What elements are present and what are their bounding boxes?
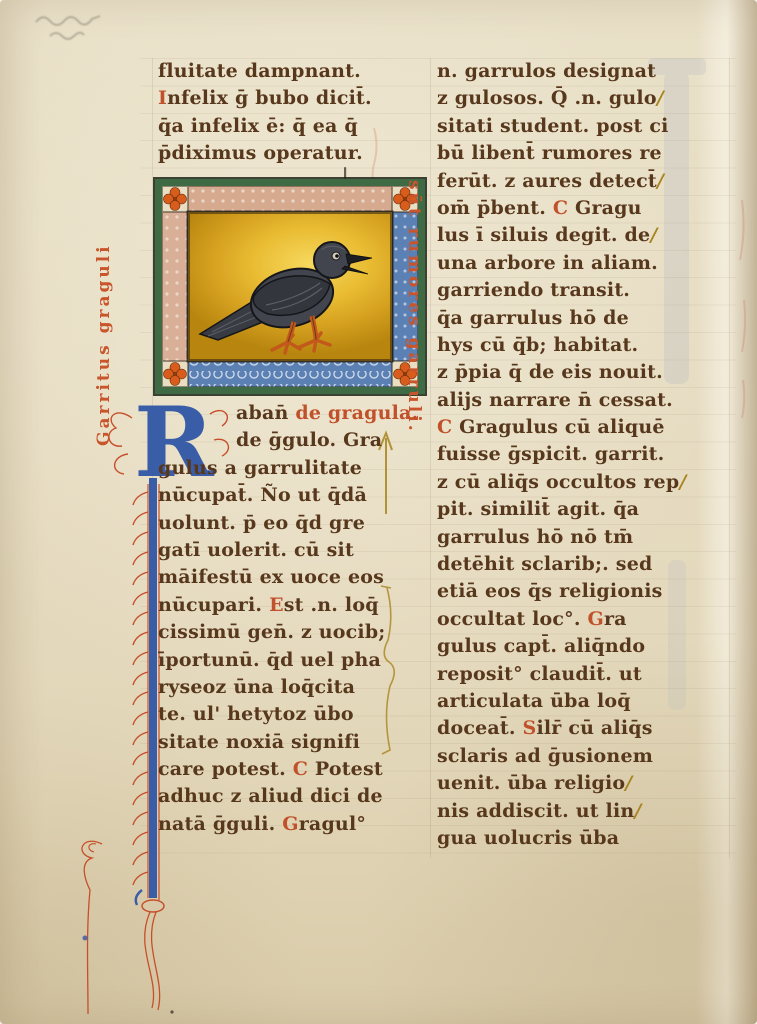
- manuscript-line: z gulosos. Q̄ .n. gulo/: [437, 87, 737, 114]
- manuscript-line: una arbore in aliam.: [437, 252, 737, 279]
- blue-dot: [83, 936, 88, 941]
- manuscript-line: p̄diximus operatur.: [158, 142, 430, 169]
- manuscript-line: alijs narrare n̄ cessat.: [437, 389, 737, 416]
- miniature-border-top: [188, 186, 392, 212]
- manuscript-line: īportunū. q̄d uel pha: [158, 649, 430, 676]
- manuscript-line: reposit° claudit̄. ut: [437, 663, 737, 690]
- manuscript-line: sitate noxiā signifi: [158, 731, 430, 758]
- manuscript-line: articulata ūba loq̄: [437, 690, 737, 717]
- miniature-border-left: [162, 212, 188, 361]
- manuscript-line: C Gragulus cū aliquē: [437, 416, 737, 443]
- manuscript-line: gulus a garrulitate: [158, 457, 430, 484]
- blue-accent: [136, 890, 142, 905]
- gold-leaf-ground: [188, 212, 392, 361]
- manuscript-line: garriendo transit.: [437, 279, 737, 306]
- manuscript-line: pit. similit̄ agit. q̄a: [437, 498, 737, 525]
- corner-quatrefoil-ornament: [162, 186, 188, 212]
- marginal-note-right: sūt rumores garruli.: [404, 180, 424, 430]
- manuscript-line: care potest. C Potest: [158, 758, 430, 785]
- left-column-body: aban̄ de gragula.de ḡgulo. Gragulus a ga…: [158, 402, 430, 840]
- right-column: n. garrulos designatz gulosos. Q̄ .n. gu…: [437, 60, 737, 854]
- manuscript-line: z cū aliq̄s occultos rep/: [437, 471, 737, 498]
- manuscript-line: om̄ p̄bent. C Gragu: [437, 197, 737, 224]
- manuscript-line: de ḡgulo. Gra: [236, 429, 430, 456]
- manuscript-line: sclaris ad ḡusionem: [437, 745, 737, 772]
- manuscript-line: gatī uolerit. cū sit: [158, 539, 430, 566]
- manuscript-line: te. ul' hetytoz ūbo: [158, 703, 430, 730]
- manuscript-line: adhuc z aliud dici de: [158, 785, 430, 812]
- manuscript-line: ryseoz ūna loq̄cita: [158, 676, 430, 703]
- miniature-inner: [162, 186, 418, 387]
- manuscript-line: etiā eos q̄s religionis: [437, 580, 737, 607]
- manuscript-line: nūcupat̄. Ño ut q̄dā: [158, 484, 430, 511]
- miniature-border-bottom: [188, 361, 392, 387]
- manuscript-line: doceat̄. Silr̄ cū aliq̄s: [437, 717, 737, 744]
- manuscript-line: hys cū q̄b; habitat.: [437, 334, 737, 361]
- manuscript-page: fluitate dampnant.Infelix ḡ bubo dicit̄.…: [0, 0, 757, 1024]
- manuscript-line: lus ī siluis degit. de/: [437, 224, 737, 251]
- manuscript-line: garrulus hō nō tm̄: [437, 526, 737, 553]
- manuscript-line: sitati student. post ci: [437, 115, 737, 142]
- manuscript-line: z p̄pia q̄ de eis nouit.: [437, 361, 737, 388]
- marginal-note-left: Garritus graguli: [94, 178, 114, 446]
- manuscript-line: gulus capt̄. aliq̄ndo: [437, 635, 737, 662]
- manuscript-line: q̄a infelix ē: q̄ ea q̄: [158, 115, 430, 142]
- manuscript-line: māifestū ex uoce eos: [158, 566, 430, 593]
- manuscript-line: fuisse ḡspicit. garrit.: [437, 443, 737, 470]
- left-column-upper: fluitate dampnant.Infelix ḡ bubo dicit̄.…: [158, 60, 430, 170]
- manuscript-line: Infelix ḡ bubo dicit̄.: [158, 87, 430, 114]
- manuscript-line: aban̄ de gragula.: [236, 402, 430, 429]
- manuscript-line: uolunt. p̄ eo q̄d gre: [158, 512, 430, 539]
- manuscript-line: natā ḡguli. Gragul°: [158, 813, 430, 840]
- manuscript-line: fluitate dampnant.: [158, 60, 430, 87]
- manuscript-line: gua uolucris ūba: [437, 827, 737, 854]
- manuscript-line: nūcupari. Est .n. loq̄: [158, 594, 430, 621]
- corner-quatrefoil-ornament: [162, 361, 188, 387]
- manuscript-line: nis addiscit. ut lin/: [437, 800, 737, 827]
- manuscript-line: cissimū gen̄. z uocib;: [158, 621, 430, 648]
- manuscript-line: uenit. ūba religio/: [437, 772, 737, 799]
- manuscript-line: n. garrulos designat: [437, 60, 737, 87]
- manuscript-line: bū libent̄ rumores re: [437, 142, 737, 169]
- manuscript-line: detēhit sclarib;. sed: [437, 553, 737, 580]
- jackdaw-bird-illustration: [188, 212, 392, 361]
- miniature-frame: [155, 179, 425, 394]
- manuscript-line: q̄a garrulus hō de: [437, 307, 737, 334]
- manuscript-line: ferūt. z aures detect̄/: [437, 170, 737, 197]
- manuscript-line: occultat loc°. Gra: [437, 608, 737, 635]
- pencil-inscription: [36, 16, 100, 39]
